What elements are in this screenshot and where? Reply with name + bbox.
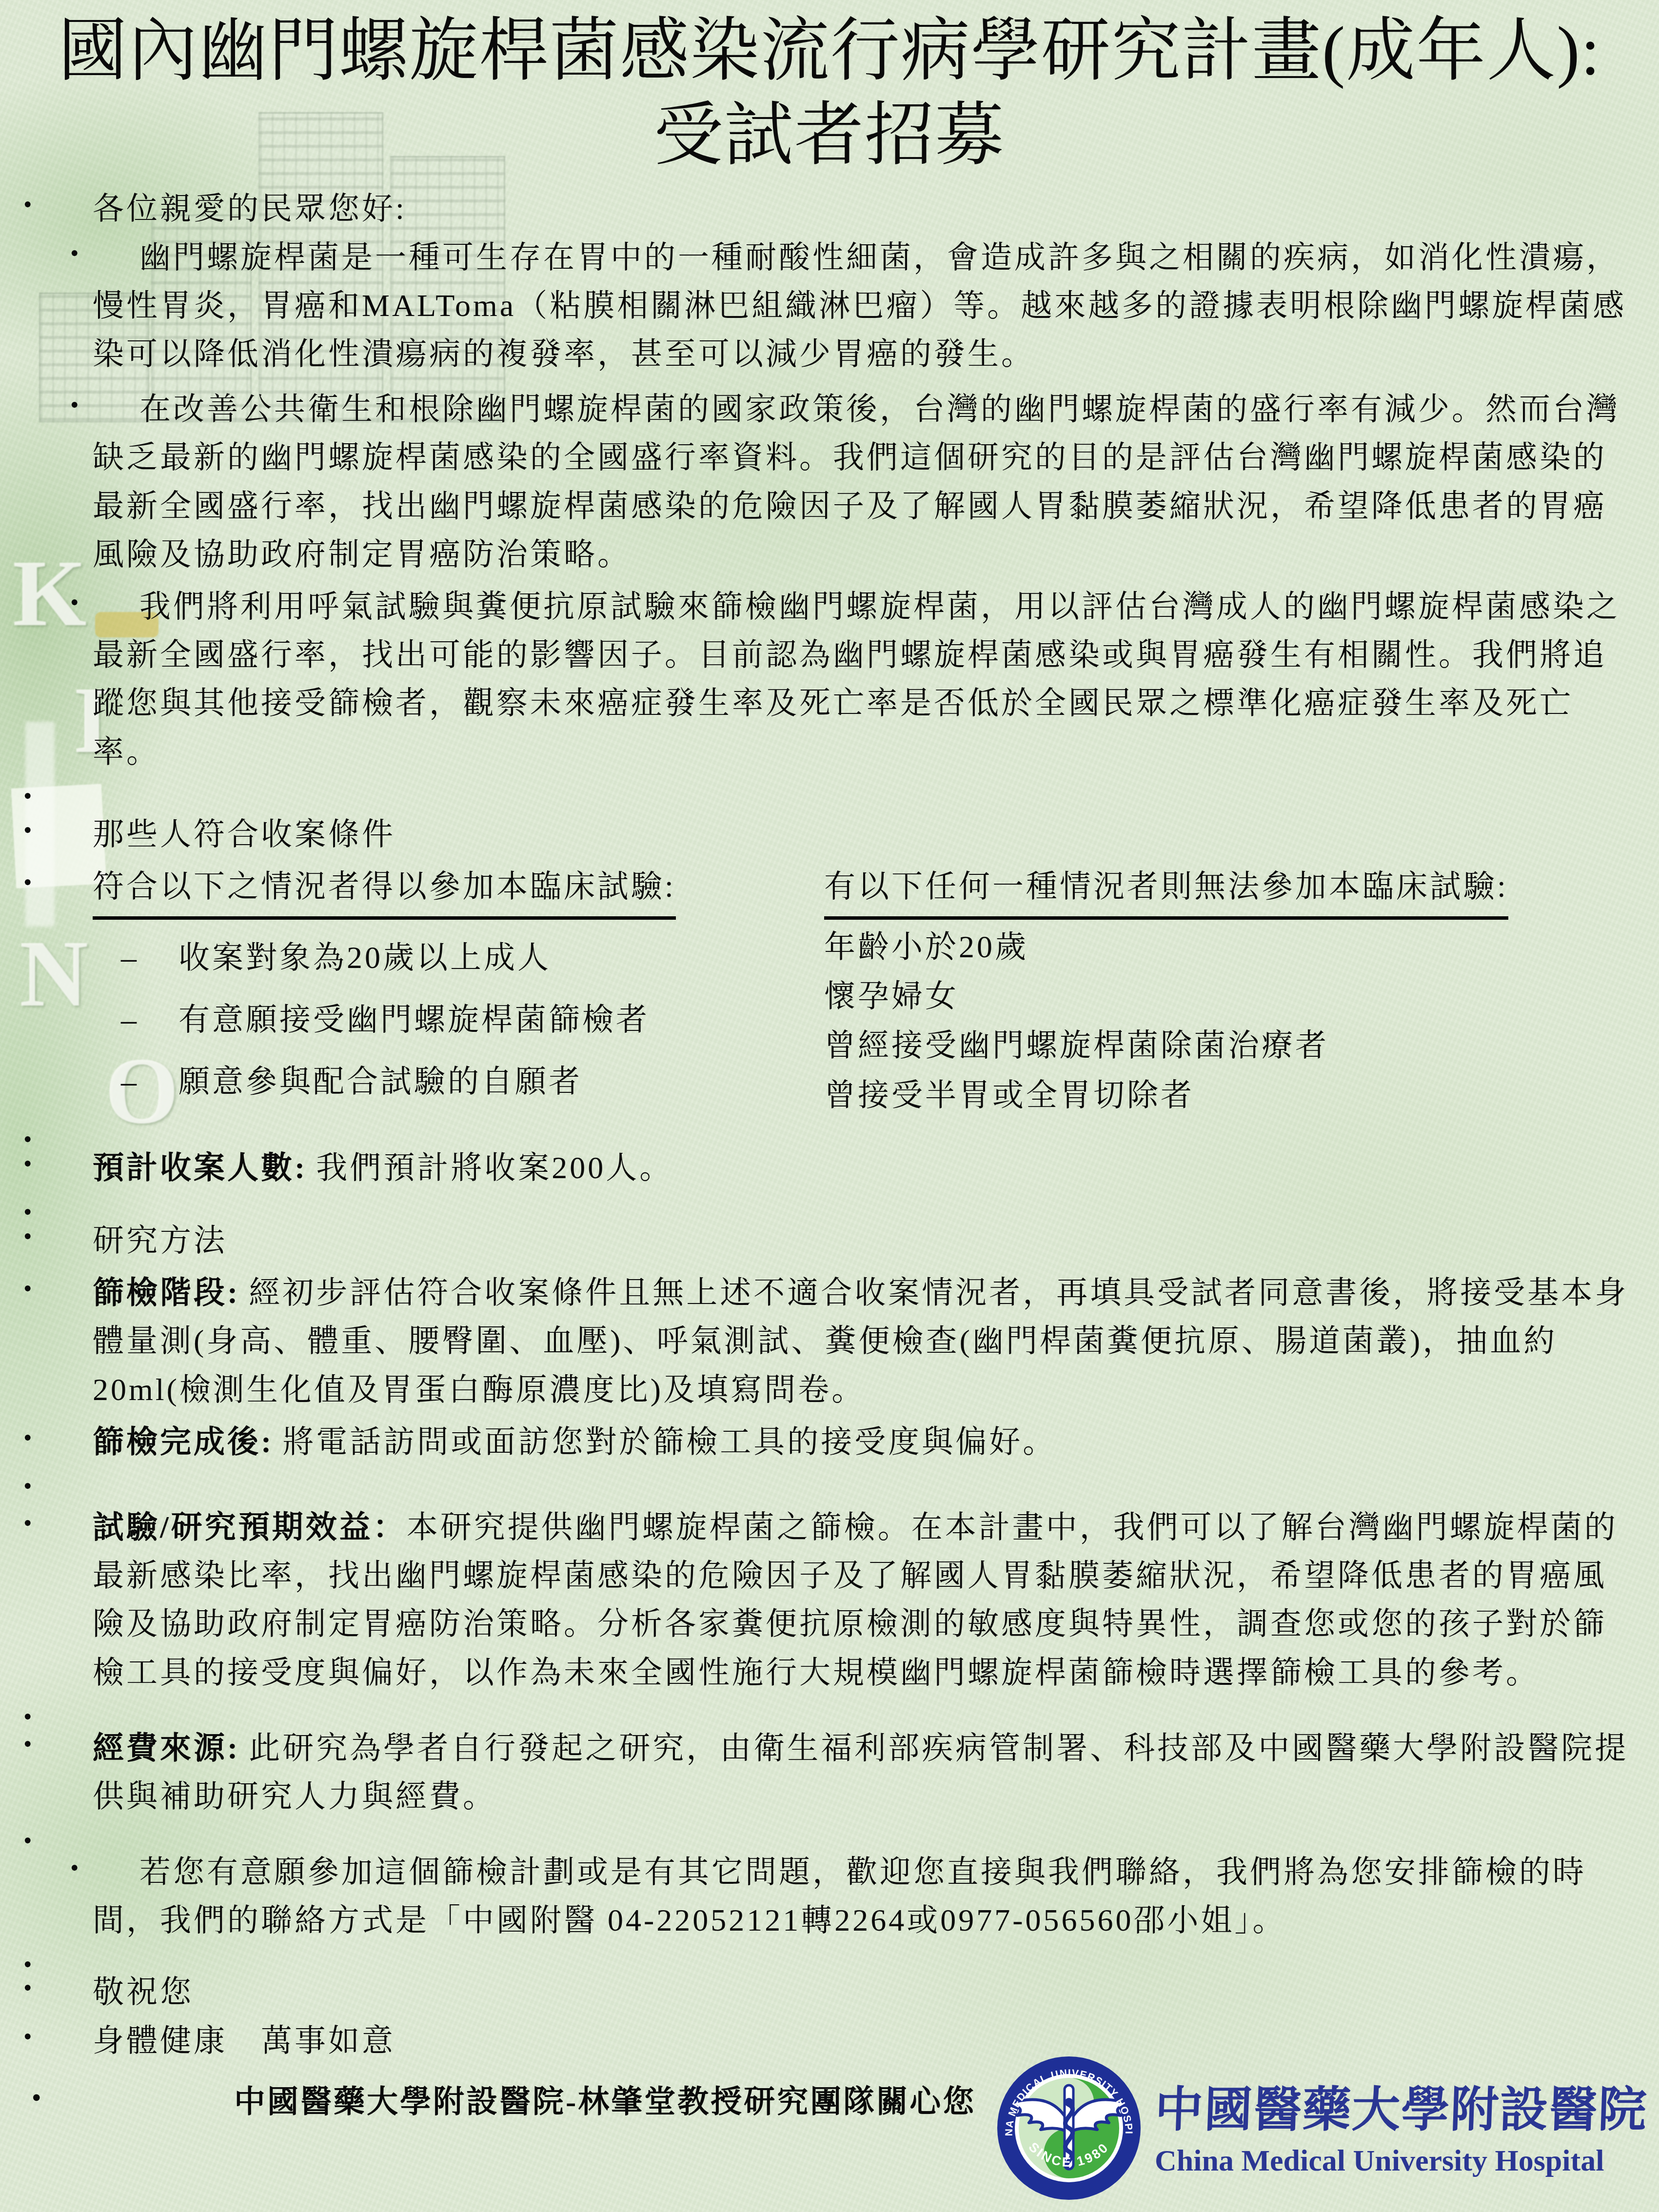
post-screening-label: 篩檢完成後: bbox=[93, 1424, 274, 1459]
inclusion-item-text: 有意願接受幽門螺旋桿菌篩檢者 bbox=[178, 995, 650, 1044]
inclusion-item-text: 願意參與配合試驗的自願者 bbox=[178, 1057, 582, 1106]
inclusion-item: – 收案對象為20歲以上成人 bbox=[121, 933, 824, 982]
bullet-icon: • bbox=[23, 393, 79, 417]
page-title: 國內幽門螺旋桿菌感染流行病學研究計畫(成年人): 受試者招募 bbox=[24, 9, 1635, 178]
exclusion-item: 曾接受半胃或全胃切除者 bbox=[824, 1071, 1639, 1119]
spacer-row: • bbox=[0, 1466, 1632, 1493]
funding-paragraph: • 經費來源:此研究為學者自行發起之研究，由衛生福利部疾病管制署、科技部及中國醫… bbox=[0, 1724, 1632, 1820]
funding-label: 經費來源: bbox=[93, 1731, 240, 1765]
bullet-icon: • bbox=[23, 192, 32, 217]
inclusion-column: 符合以下之情況者得以參加本臨床試驗: – 收案對象為20歲以上成人 – 有意願接… bbox=[93, 862, 824, 1119]
bullet-icon: • bbox=[23, 1224, 32, 1248]
post-screening-text: 將電話訪問或面訪您對於篩檢工具的接受度與偏好。 bbox=[282, 1424, 1056, 1459]
policy-paragraph: • 在改善公共衛生和根除幽門螺旋桿菌的國家政策後，台灣的幽門螺旋桿菌的盛行率有減… bbox=[0, 385, 1632, 578]
contact-text: 若您有意願參加這個篩檢計劃或是有其它問題，歡迎您直接與我們聯絡，我們將為您安排篩… bbox=[93, 1855, 1586, 1937]
exclusion-item: 曾經接受幽門螺旋桿菌除菌治療者 bbox=[824, 1021, 1639, 1069]
bullet-icon: • bbox=[23, 1151, 32, 1176]
exclusion-list: 年齡小於20歲懷孕婦女曾經接受幽門螺旋桿菌除菌治療者曾接受半胃或全胃切除者 bbox=[824, 923, 1639, 1119]
inclusion-heading-row: 符合以下之情況者得以參加本臨床試驗: bbox=[93, 862, 824, 920]
greeting-text: 各位親愛的民眾您好: bbox=[93, 191, 407, 226]
exclusion-heading-row: 有以下任何一種情況者則無法參加本臨床試驗: bbox=[824, 862, 1639, 920]
greeting-row: • 各位親愛的民眾您好: bbox=[0, 184, 1632, 233]
methods-title: 研究方法 bbox=[93, 1223, 227, 1258]
bullet-icon: • bbox=[23, 1975, 32, 2000]
inclusion-item-text: 收案對象為20歲以上成人 bbox=[178, 933, 551, 982]
exclusion-item: 年齡小於20歲 bbox=[824, 923, 1639, 971]
bullet-icon: • bbox=[23, 818, 32, 842]
title-line-1: 國內幽門螺旋桿菌感染流行病學研究計畫(成年人): bbox=[24, 9, 1635, 93]
bullet-icon: • bbox=[23, 1856, 79, 1880]
screening-paragraph: • 篩檢階段:經初步評估符合收案條件且無上述不適合收案情況者，再填具受試者同意書… bbox=[0, 1268, 1632, 1414]
bullet-icon: • bbox=[23, 1276, 32, 1301]
spacer-row: • bbox=[0, 1944, 1632, 1968]
inclusion-list: – 收案對象為20歲以上成人 – 有意願接受幽門螺旋桿菌篩檢者 – 願意參與配合… bbox=[93, 933, 824, 1106]
enrollment-label: 預計收案人數: bbox=[93, 1150, 307, 1185]
policy-text: 在改善公共衛生和根除幽門螺旋桿菌的國家政策後，台灣的幽門螺旋桿菌的盛行率有減少。… bbox=[93, 392, 1620, 572]
closing-blessing: 身體健康 萬事如意 bbox=[93, 2023, 395, 2058]
screening-text: 經初步評估符合收案條件且無上述不適合收案情況者，再填具受試者同意書後，將接受基本… bbox=[93, 1275, 1628, 1406]
bullet-icon: • bbox=[23, 870, 32, 894]
cmuh-name-en: China Medical University Hospital bbox=[1155, 2144, 1647, 2178]
spacer-row: • bbox=[0, 776, 1632, 810]
exclusion-heading: 有以下任何一種情況者則無法參加本臨床試驗: bbox=[824, 862, 1508, 920]
dash-bullet-icon: – bbox=[121, 995, 178, 1044]
enrollment-row: • 預計收案人數:我們預計將收案200人。 bbox=[0, 1144, 1632, 1192]
bullet-icon: • bbox=[23, 1511, 32, 1535]
bullet-icon: • bbox=[23, 784, 32, 808]
bullet-icon: • bbox=[32, 2085, 41, 2110]
post-screening-paragraph: • 篩檢完成後:將電話訪問或面訪您對於篩檢工具的接受度與偏好。 bbox=[0, 1418, 1632, 1466]
about-text: 幽門螺旋桿菌是一種可生存在胃中的一種耐酸性細菌，會造成許多與之相關的疾病，如消化… bbox=[93, 240, 1626, 371]
spacer-row: • bbox=[0, 1192, 1632, 1216]
spacer-row: • bbox=[0, 1697, 1632, 1724]
bullet-icon: • bbox=[23, 1732, 32, 1756]
inclusion-item: – 願意參與配合試驗的自願者 bbox=[121, 1057, 824, 1106]
title-line-2: 受試者招募 bbox=[24, 93, 1635, 178]
cmuh-emblem-icon: CHINA MEDICAL UNIVERSITY HOSPITAL SINCE … bbox=[996, 2055, 1142, 2201]
bullet-icon: • bbox=[23, 241, 79, 265]
closing-wish-row: • 敬祝您 bbox=[0, 1968, 1632, 2016]
recruitment-poster: { "glyphs": { "bullet": "•", "dash": "–"… bbox=[0, 0, 1659, 2212]
plan-text: 我們將利用呼氣試驗與糞便抗原試驗來篩檢幽門螺旋桿菌，用以評估台灣成人的幽門螺旋桿… bbox=[93, 589, 1620, 769]
funding-text: 此研究為學者自行發起之研究，由衛生福利部疾病管制署、科技部及中國醫藥大學附設醫院… bbox=[93, 1731, 1628, 1814]
contact-paragraph: • 若您有意願參加這個篩檢計劃或是有其它問題，歡迎您直接與我們聯絡，我們將為您安… bbox=[0, 1848, 1632, 1944]
plan-paragraph: • 我們將利用呼氣試驗與糞便抗原試驗來篩檢幽門螺旋桿菌，用以評估台灣成人的幽門螺… bbox=[0, 582, 1632, 776]
eligibility-section-title-row: • 那些人符合收案條件 bbox=[0, 810, 1632, 858]
spacer-row: • bbox=[0, 1820, 1632, 1848]
about-paragraph: • 幽門螺旋桿菌是一種可生存在胃中的一種耐酸性細菌，會造成許多與之相關的疾病，如… bbox=[0, 233, 1632, 378]
cmuh-name-zh: 中國醫藥大學附設醫院 bbox=[1154, 2078, 1649, 2143]
enrollment-text: 我們預計將收案200人。 bbox=[316, 1150, 673, 1185]
benefit-paragraph: • 試驗/研究預期效益：本研究提供幽門螺旋桿菌之篩檢。在本計畫中，我們可以了解台… bbox=[0, 1503, 1632, 1697]
bullet-icon: • bbox=[23, 2024, 32, 2049]
exclusion-item: 懷孕婦女 bbox=[824, 972, 1639, 1020]
bullet-icon: • bbox=[23, 1425, 32, 1450]
cmuh-logo-text: 中國醫藥大學附設醫院 China Medical University Hosp… bbox=[1155, 2078, 1647, 2179]
eligibility-columns: • 符合以下之情況者得以參加本臨床試驗: – 收案對象為20歲以上成人 – 有意… bbox=[0, 862, 1639, 1119]
inclusion-heading: 符合以下之情況者得以參加本臨床試驗: bbox=[93, 862, 676, 920]
benefit-label: 試驗/研究預期效益： bbox=[93, 1510, 407, 1544]
methods-title-row: • 研究方法 bbox=[0, 1216, 1632, 1264]
screening-label: 篩檢階段: bbox=[93, 1275, 240, 1310]
closing-wish: 敬祝您 bbox=[93, 1975, 194, 2009]
dash-bullet-icon: – bbox=[121, 933, 178, 982]
bullet-icon: • bbox=[23, 1474, 32, 1498]
bullet-icon: • bbox=[23, 590, 79, 614]
exclusion-column: 有以下任何一種情況者則無法參加本臨床試驗: 年齡小於20歲懷孕婦女曾經接受幽門螺… bbox=[824, 862, 1639, 1119]
eligibility-section-title: 那些人符合收案條件 bbox=[93, 817, 395, 851]
spacer-row: • bbox=[0, 1119, 1632, 1144]
cmuh-logo: CHINA MEDICAL UNIVERSITY HOSPITAL SINCE … bbox=[996, 2053, 1646, 2203]
dash-bullet-icon: – bbox=[121, 1057, 178, 1106]
inclusion-item: – 有意願接受幽門螺旋桿菌篩檢者 bbox=[121, 995, 824, 1044]
slide: 國內幽門螺旋桿菌感染流行病學研究計畫(成年人): 受試者招募 • 各位親愛的民眾… bbox=[0, 0, 1659, 2212]
research-team-text: 中國醫藥大學附設醫院-林肇堂教授研究團隊關心您 bbox=[234, 2084, 976, 2119]
